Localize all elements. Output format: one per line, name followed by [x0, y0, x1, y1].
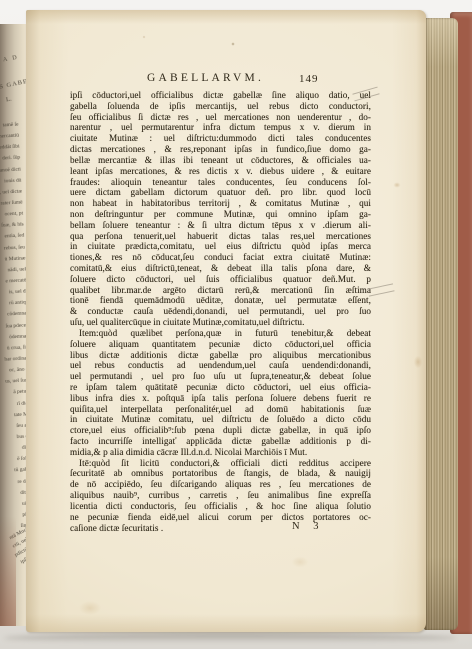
text-line: non habeat in habitatoribus territorij ,… [70, 198, 371, 209]
text-line: bellæ mercantiæ & illas ibi teneant ut c… [70, 155, 371, 166]
text-line: uere dictam gabellam dictorum quatuor de… [70, 187, 371, 198]
text-line: quiſita,uel interpellata perſonalitér,ue… [70, 404, 371, 415]
text-line: leant ipſas mercationes, & res dictis x … [70, 166, 371, 177]
text-line: caſione dictæ ſecuritatis . [70, 523, 371, 534]
running-header: GABELLARVM. 149 [26, 72, 426, 88]
text-line: narentur , uel permutarentur infra dictu… [70, 122, 371, 133]
text-line: bellam ſoluere teneantur : & ſi ultra di… [70, 220, 371, 231]
text-line: non deſtringuntur per commune Mutinæ, qu… [70, 209, 371, 220]
text-line: Itē:quòd ſit licitū conductori,& officia… [70, 458, 371, 469]
text-line: gabella ſoluenda de ipſis mercantijs, ue… [70, 101, 371, 112]
text-line: ne pecuniæ fienda eidē,uel alicui corum … [70, 512, 371, 523]
verso-header-fragment: L. [5, 96, 12, 104]
text-line: midia,& p alia dimidia cācræ Ill.d.n.d. … [70, 447, 371, 458]
text-line: ſecuritatē ab omnibus portatoribus de ſt… [70, 468, 371, 479]
verso-header-fragment: A D [3, 55, 20, 64]
text-line: ipſi cōductori,uel officialibus dictæ ga… [70, 90, 371, 101]
text-line: licentia dicti conductoris, ſeu official… [70, 501, 371, 512]
text-line: uel permutandi , uel pro ſuo uſu ut ſupr… [70, 371, 371, 382]
text-line: fraudes: alioquin teneantur tales conduc… [70, 177, 371, 188]
text-line: re ipſam talem quātitatē pecuniæ dicto c… [70, 382, 371, 393]
page-number: 149 [299, 73, 319, 85]
text-line: dictas mercationes , & res,reponant ipſa… [70, 144, 371, 155]
text-line: libus dictæ additionis dictæ gabellæ pro… [70, 350, 371, 361]
photo-of-book: A D IS GABELL L. tamē ſee mercantiūreddā… [0, 0, 472, 649]
text-line: aliquibus nauib⁹, curribus , carretis , … [70, 490, 371, 501]
text-line: ſoluere dicto cōductori, uel ſuis offici… [70, 274, 371, 285]
text-line: qualibet libr.mar.de argēto dictarū rerū… [70, 285, 371, 296]
signature-mark: N 3 [292, 521, 319, 532]
text-block: ipſi cōductori,uel officialibus dictæ ga… [70, 90, 371, 533]
text-line: qua perſona tenuerit,uel habuerit dictas… [70, 231, 371, 242]
text-line: facto incurriſſe intelligať applicāda di… [70, 436, 371, 447]
text-line: de nō accipiēdo, ſeu diſcarigando aliqua… [70, 479, 371, 490]
book-page: GABELLARVM. 149 ipſi cōductori,uel offic… [26, 10, 426, 632]
text-line: ctore,uel eius officialib⁹:ſub pœna dupl… [70, 425, 371, 436]
pencil-mark [367, 283, 394, 296]
text-line: tionē fiendā quemādmodū uēditæ, donatæ, … [70, 295, 371, 306]
text-line: uel rebus conductis ad uendendum,uel cau… [70, 360, 371, 371]
text-line: ſoluere aliquam quantitatem pecuniæ dict… [70, 339, 371, 350]
text-line: in ciuitate Mutinæ comitatu, uel diſtric… [70, 414, 371, 425]
text-line: comitatū,& eius diſtrictū,teneat, & debe… [70, 263, 371, 274]
text-line: in ciuitate prædicta,comitatu, uel eius … [70, 241, 371, 252]
fore-edge-page-stack [424, 18, 458, 630]
page-title: GABELLARVM. [147, 72, 264, 84]
text-line: uſu, uel qualitercūque in ciuitate Mutin… [70, 317, 371, 328]
book-shadow [4, 633, 456, 643]
text-line: Item:quòd quælibet perſona,quæ in futurū… [70, 328, 371, 339]
text-line: ciuitate Mutinæ : uel diſtrictu:dummodo … [70, 133, 371, 144]
text-line: tiones,& res nō cōducat,ſeu conduci faci… [70, 252, 371, 263]
text-line: libus infra dies x. poſtquā ipſa talis p… [70, 393, 371, 404]
text-line: & conductæ cauſa uēdendi,donandi, uel pe… [70, 306, 371, 317]
text-line: ſeu officialibus ſi dictæ res , uel merc… [70, 112, 371, 123]
